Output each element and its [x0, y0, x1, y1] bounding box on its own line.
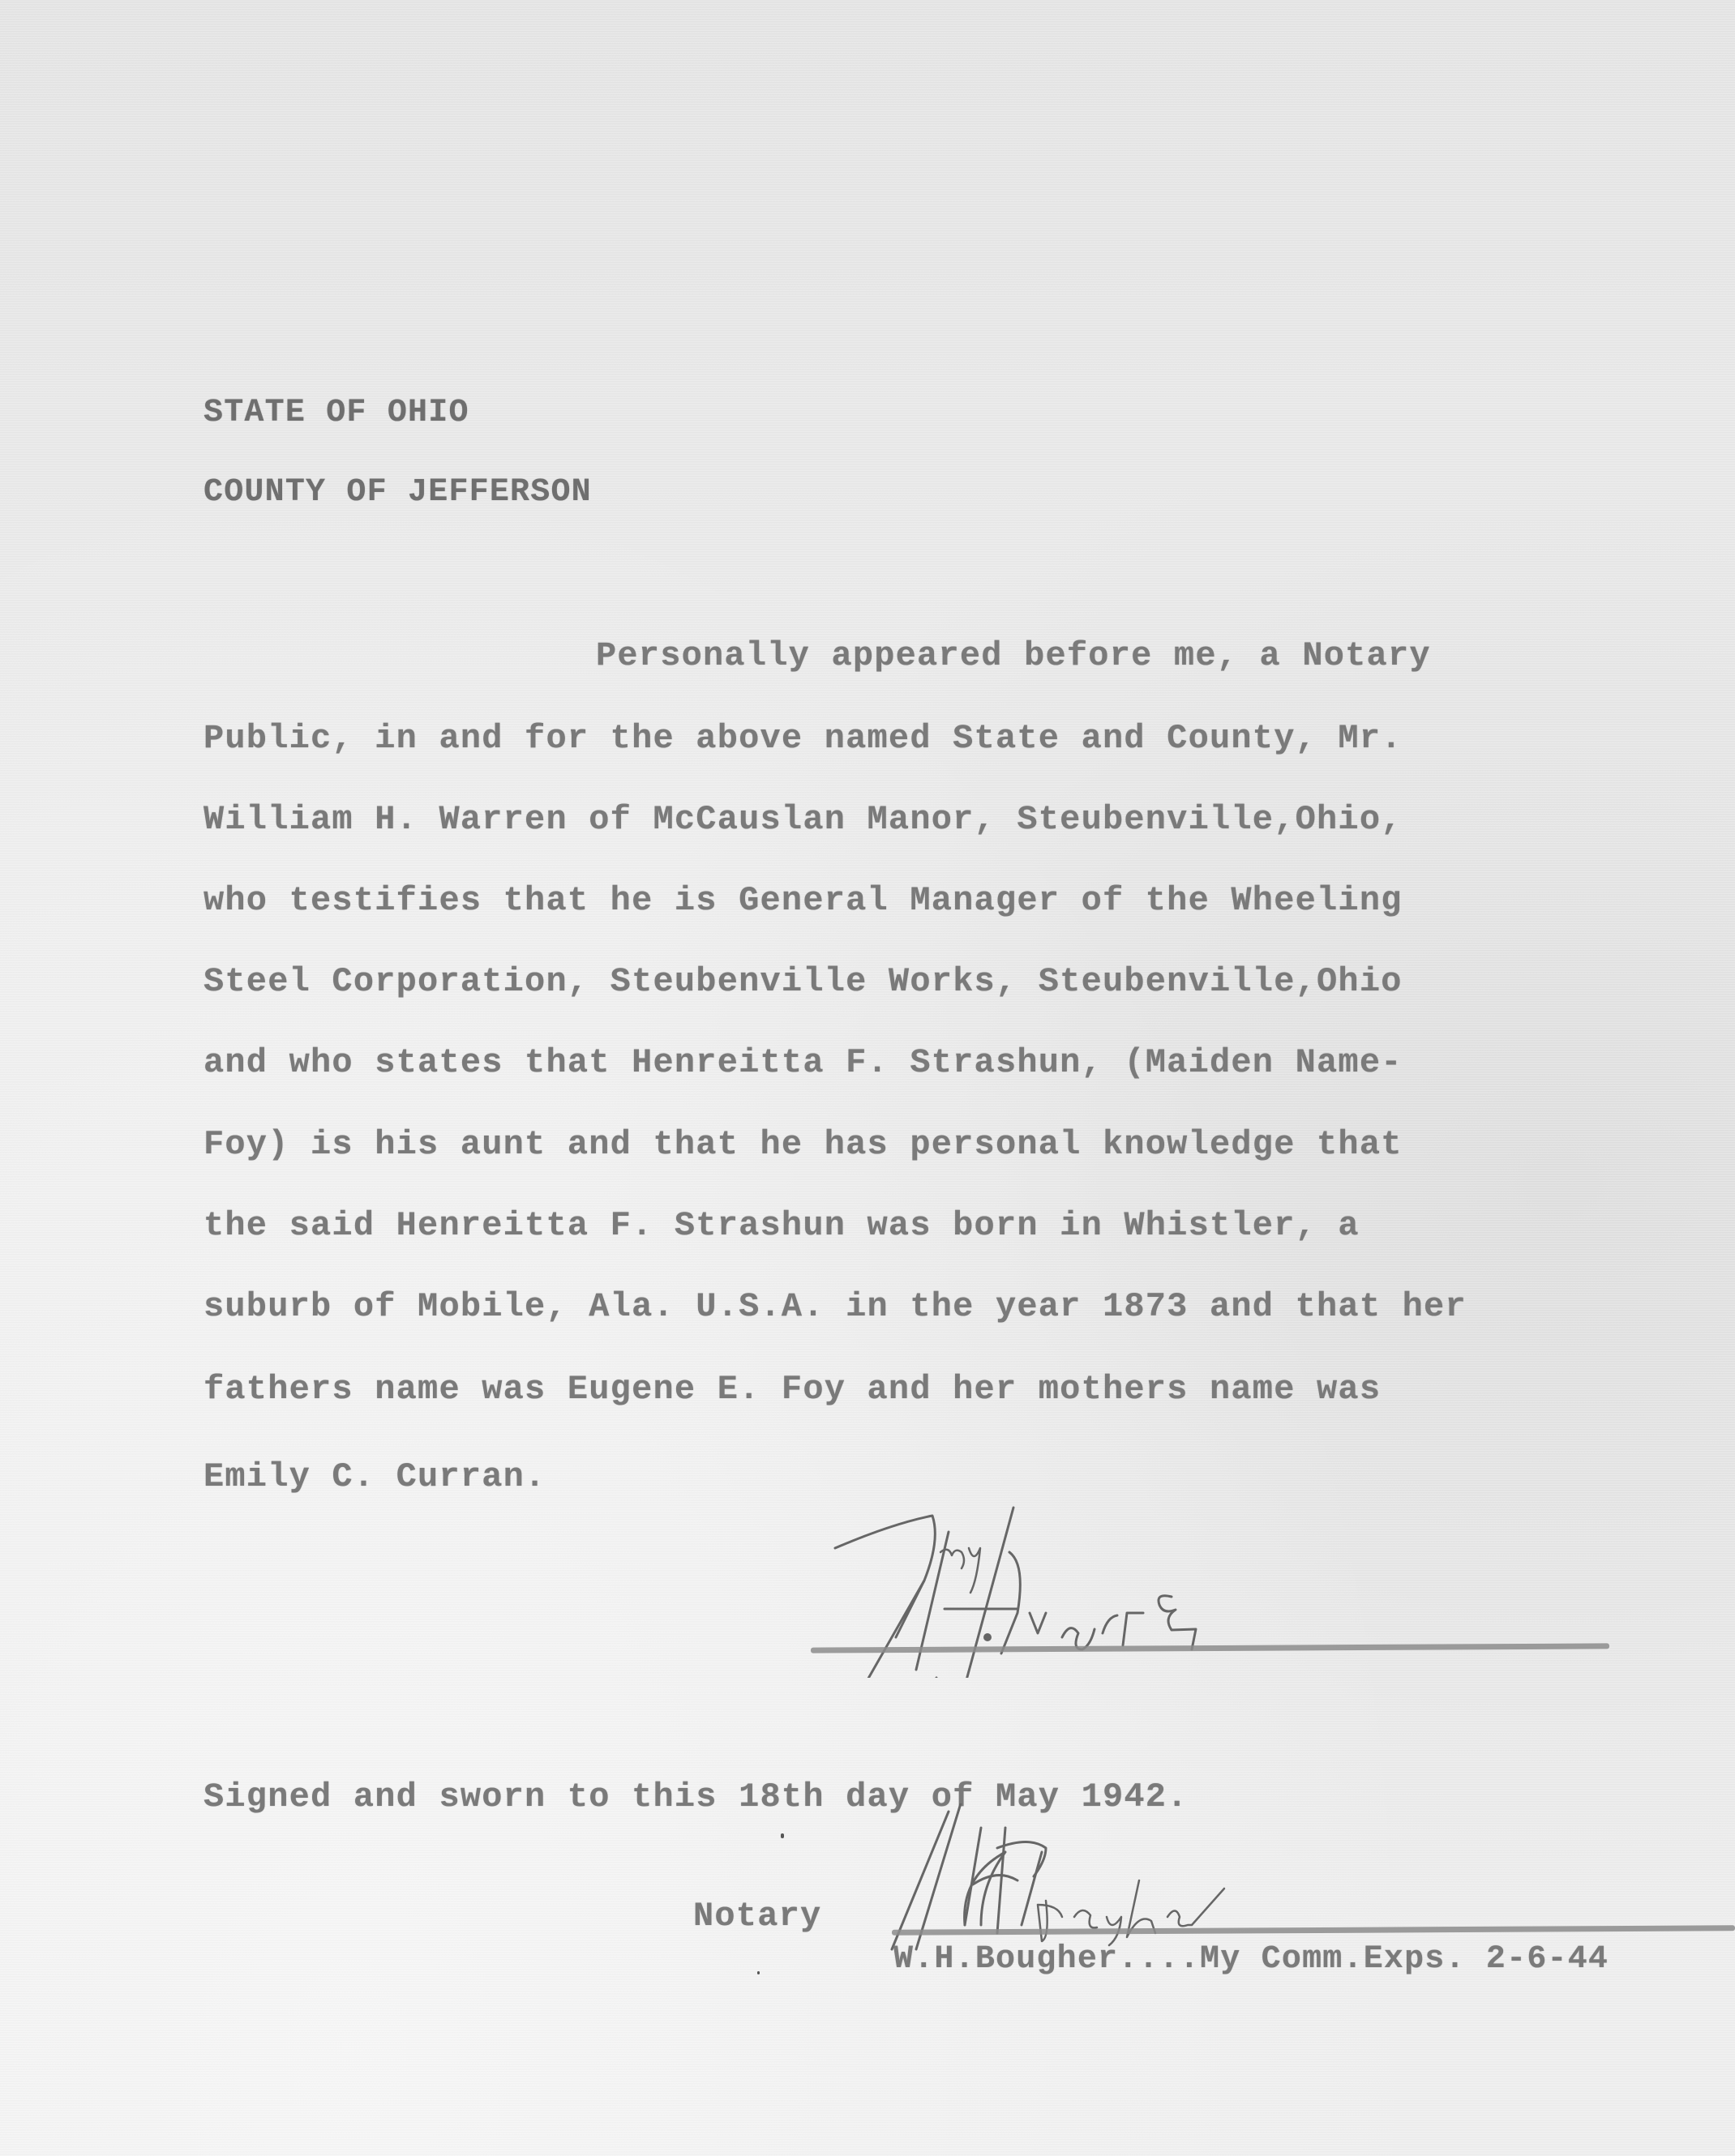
body-line-10: fathers name was Eugene E. Foy and her m…: [203, 1372, 1381, 1406]
body-line-4: who testifies that he is General Manager…: [203, 883, 1403, 918]
body-line-1: Personally appeared before me, a Notary: [596, 639, 1431, 673]
body-line-8: the said Henreitta F. Strashun was born …: [203, 1208, 1360, 1243]
body-line-2: Public, in and for the above named State…: [203, 721, 1403, 755]
body-line-7: Foy) is his aunt and that he has persona…: [203, 1127, 1403, 1161]
notary-label: Notary: [693, 1899, 821, 1933]
affidavit-page: STATE OF OHIO COUNTY OF JEFFERSON Person…: [0, 0, 1735, 2156]
body-line-3: William H. Warren of McCauslan Manor, St…: [203, 802, 1403, 836]
body-line-6: and who states that Henreitta F. Strashu…: [203, 1046, 1403, 1080]
body-line-5: Steel Corporation, Steubenville Works, S…: [203, 965, 1403, 999]
body-line-9: suburb of Mobile, Ala. U.S.A. in the yea…: [203, 1290, 1467, 1324]
venue-county: COUNTY OF JEFFERSON: [203, 477, 592, 509]
notary-typed-line: W.H.Bougher....My Comm.Exps. 2-6-44: [893, 1944, 1609, 1976]
ink-speck: [757, 1971, 760, 1974]
venue-state: STATE OF OHIO: [203, 397, 469, 430]
body-line-11: Emily C. Curran.: [203, 1460, 546, 1494]
ink-speck: [781, 1833, 784, 1838]
